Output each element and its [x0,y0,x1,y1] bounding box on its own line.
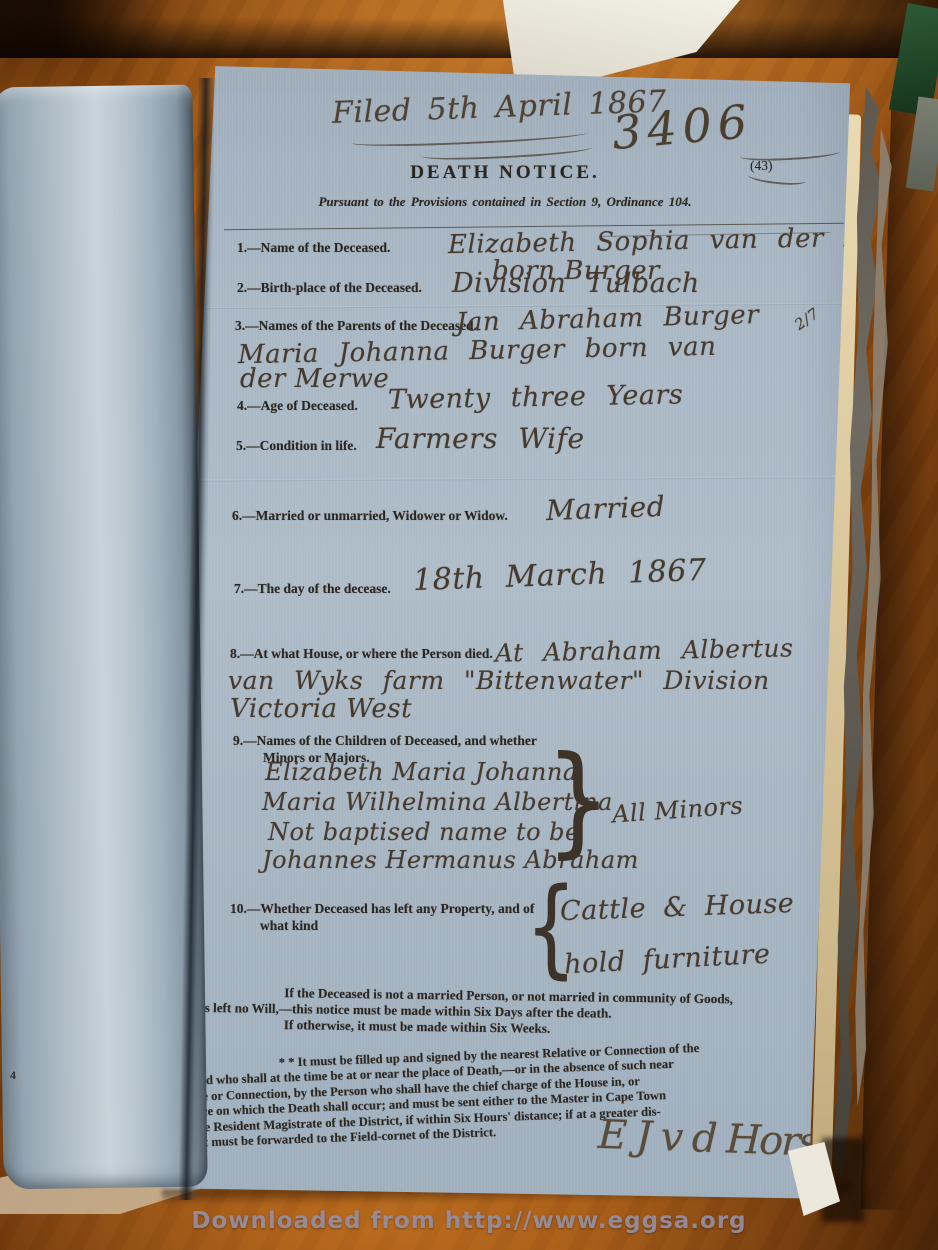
wood-bottom-shadow [0,0,938,58]
page-subtitle: Pursuant to the Provisions contained in … [195,194,815,210]
field-1-label: 1.—Name of the Deceased. [237,240,390,256]
field-8-answer: At Abraham Albertus [495,633,794,667]
notice-paragraph: If the Deceased is not a married Person,… [162,983,823,1041]
margin-mark-right: 2/7 [791,304,822,333]
field-6-label: 6.—Married or unmarried, Widower or Wido… [232,508,508,524]
field-7-label: 7.—The day of the decease. [234,581,391,597]
field-7-answer: 18th March 1867 [412,553,707,598]
field-10-label: 10.—Whether Deceased has left any Proper… [230,901,534,917]
field-8-label: 8.—At what House, or where the Person di… [230,646,493,662]
field-3-answer-3: der Merwe [240,364,389,394]
eggsa-watermark: Downloaded from http://www.eggsa.org [0,1208,938,1234]
field-2-label: 2.—Birth-place of the Deceased. [237,280,422,296]
photograph-of-death-notice: Filed 5th April 1867 3406 (43) DEATH NOT… [0,0,938,1250]
field-9-label: 9.—Names of the Children of Deceased, an… [233,733,537,749]
field-3-label: 3.—Names of the Parents of the Deceased. [235,318,477,334]
children-note: All Minors [611,791,744,828]
field-5-answer: Farmers Wife [376,422,585,455]
field-4-label: 4.—Age of Deceased. [237,398,358,414]
field-4-answer: Twenty three Years [388,379,684,415]
child-name-3: Not baptised name to be [268,818,580,846]
death-notice-page: Filed 5th April 1867 3406 (43) DEATH NOT… [160,58,860,1210]
child-name-1: Elizabeth Maria Johanna [265,758,578,786]
field-2-answer: Division Tulbach [452,268,700,299]
page-crease [160,476,860,482]
curled-pages-roll [0,85,208,1190]
field-6-answer: Married [545,490,665,527]
field-10-label-2: what kind [260,918,318,934]
field-5-label: 5.—Condition in life. [236,438,357,454]
field-8-answer-2: van Wyks farm "Bittenwater" Division [228,666,770,695]
children-brace: } [545,740,612,861]
field-10-answer: Cattle & House [560,888,795,927]
field-8-answer-3: Victoria West [230,694,412,724]
margin-mark-left: 4 [10,1068,16,1083]
filing-number: 3406 [610,94,755,160]
page-title: DEATH NOTICE. [225,162,785,184]
field-10-answer-2: hold furniture [563,939,771,981]
